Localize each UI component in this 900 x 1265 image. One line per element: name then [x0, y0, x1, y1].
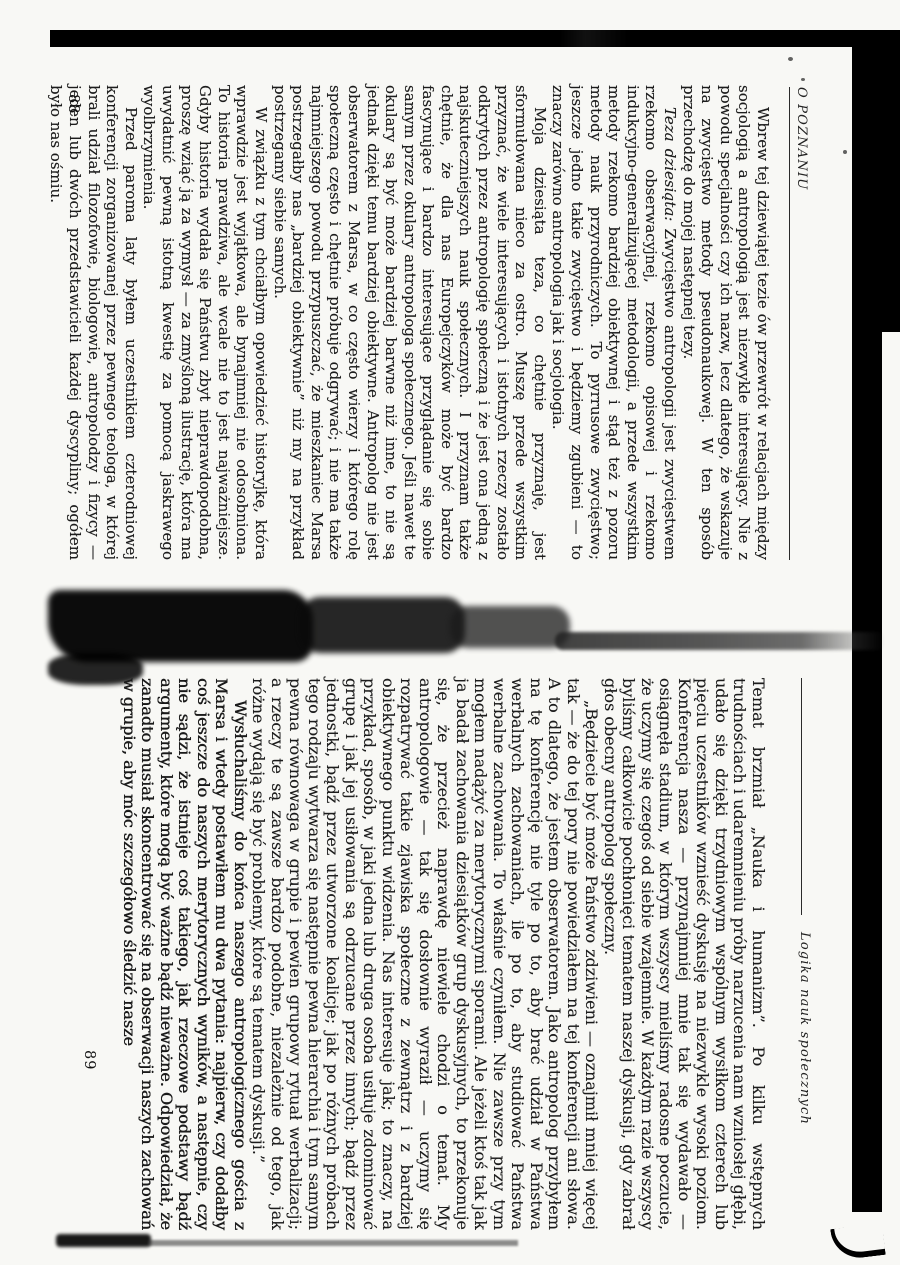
page-left-body: Wbrew tej dziewiątej tezie ów przewrót w… — [47, 85, 772, 560]
page-number-right: 89 — [81, 1050, 97, 1070]
page-left-running-head: O POZNANIU — [789, 80, 825, 565]
paragraph: W związku z tym chciałbym opowiedzieć hi… — [140, 85, 270, 560]
scan-speck — [788, 57, 793, 61]
page-right-rotated-content: Logika nauk społecznych Temat brzmiał „N… — [55, 615, 815, 1240]
scan-edge-right-bar-top — [878, 30, 900, 332]
running-header-text: O POZNANIU — [794, 87, 809, 190]
paragraph: Wbrew tej dziewiątej tezie ów przewrót w… — [679, 85, 772, 560]
paragraph-italic-lead: Teza dziesiąta: — [661, 107, 679, 228]
page-number-left: 88 — [65, 94, 81, 114]
paragraph: Teza dziesiąta: Zwycięstwo antropologii … — [549, 85, 679, 560]
paragraph: Wysłuchaliśmy do końca naszego antropolo… — [120, 678, 250, 1230]
scan-speck — [843, 150, 847, 154]
running-header-text: Logika nauk społecznych — [797, 932, 812, 1125]
paragraph: Przed paroma laty byłem uczestnikiem czt… — [47, 85, 140, 560]
paragraph: Moja dziesiąta teza, co chętnie przyznaj… — [270, 85, 549, 560]
page-right-body: Temat brzmiał „Nauka i humanizm”. Po kil… — [120, 678, 768, 1230]
paragraph: „Będziecie być może Państwo zdziwieni — … — [249, 678, 601, 1230]
running-header-rule — [801, 678, 802, 915]
scan-edge-top-bar — [50, 30, 900, 47]
scanned-book-spread: { "page_left": { "running_header": "O PO… — [0, 0, 900, 1265]
scan-corner-hook-mark — [830, 1223, 886, 1261]
paragraph: Temat brzmiał „Nauka i humanizm”. Po kil… — [601, 678, 768, 1230]
bottom-edge-streak — [148, 1240, 518, 1246]
page-right-running-head: Logika nauk społecznych — [797, 678, 815, 1230]
running-header-rule — [789, 87, 790, 560]
page-left-rotated-content: O POZNANIU Wbrew tej dziewiątej tezie ów… — [55, 80, 825, 565]
